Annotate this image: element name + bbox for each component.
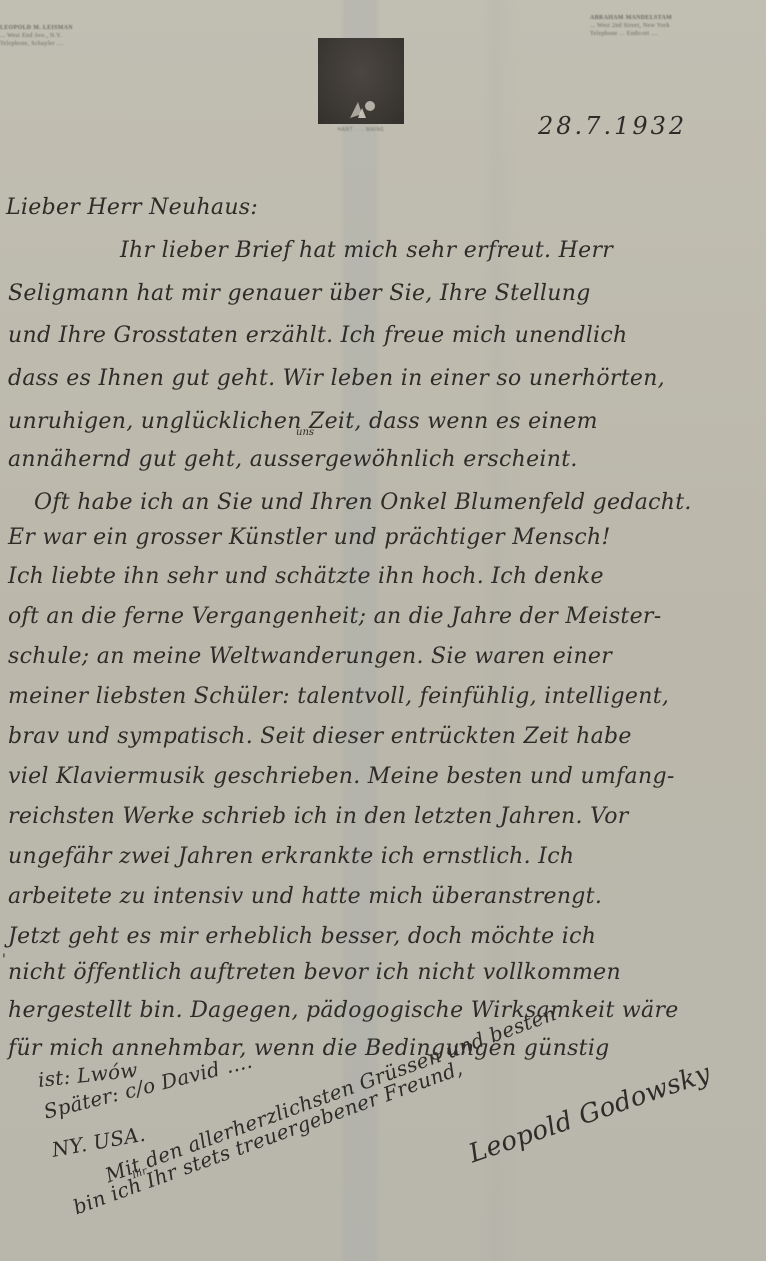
salutation: Lieber Herr Neuhaus: [6, 195, 258, 220]
interlinear-insert: uns [296, 427, 314, 438]
body-line: annähernd gut geht, aussergewöhnlich ers… [8, 447, 578, 472]
letterhead-left-name: Leopold M. Leisman [0, 24, 73, 32]
body-line: und Ihre Grosstaten erzählt. Ich freue m… [8, 323, 627, 348]
letterhead-left-phone: Telephone, Schuyler .... [0, 40, 73, 48]
letter-date: 28.7.1932 [538, 112, 687, 140]
body-line: Ihr lieber Brief hat mich sehr erfreut. … [120, 238, 613, 263]
body-line: hergestellt bin. Dagegen, pädogogische W… [8, 998, 679, 1023]
body-line: arbeitete zu intensiv und hatte mich übe… [8, 884, 602, 909]
body-line: oft an die ferne Vergangenheit; an die J… [8, 604, 661, 629]
body-line: meiner liebsten Schüler: talentvoll, fei… [8, 684, 669, 709]
logo-emblem-icon [346, 96, 376, 120]
body-line: dass es Ihnen gut geht. Wir leben in ein… [8, 366, 665, 391]
body-line: Er war ein grosser Künstler und prächtig… [8, 525, 611, 550]
body-line: brav und sympatisch. Seit dieser entrück… [8, 724, 632, 749]
margin-mark: ' [2, 952, 6, 968]
body-line: viel Klaviermusik geschrieben. Meine bes… [8, 764, 675, 789]
body-line: Jetzt geht es mir erheblich besser, doch… [8, 924, 596, 949]
signature: Leopold Godowsky [465, 1058, 714, 1169]
letterhead-right-name: Abraham Mandelstam [590, 14, 672, 22]
logo-caption: HART . . . MAINE [316, 127, 406, 133]
letterhead-right-address: ... West 2nd Street, New York [590, 22, 672, 30]
letterhead-left: Leopold M. Leisman ... West End Ave., N.… [0, 24, 73, 48]
body-line: für mich annehmbar, wenn die Bedingungen… [8, 1036, 610, 1061]
body-line: reichsten Werke schrieb ich in den letzt… [8, 804, 629, 829]
letterhead-right-phone: Telephone ... Endicott .... [590, 30, 672, 38]
body-line: schule; an meine Weltwanderungen. Sie wa… [8, 644, 612, 669]
letterhead-left-address: ... West End Ave., N.Y. [0, 32, 73, 40]
body-line: Seligmann hat mir genauer über Sie, Ihre… [8, 281, 591, 306]
letterhead-logo [318, 38, 404, 124]
letterhead-right: Abraham Mandelstam ... West 2nd Street, … [590, 14, 672, 38]
letter-page: Leopold M. Leisman ... West End Ave., N.… [0, 0, 766, 1261]
body-line: nicht öffentlich auftreten bevor ich nic… [8, 960, 621, 985]
body-line: Ich liebte ihn sehr und schätzte ihn hoc… [8, 564, 604, 589]
body-line: ungefähr zwei Jahren erkrankte ich ernst… [8, 844, 574, 869]
body-line: Oft habe ich an Sie und Ihren Onkel Blum… [34, 490, 692, 515]
